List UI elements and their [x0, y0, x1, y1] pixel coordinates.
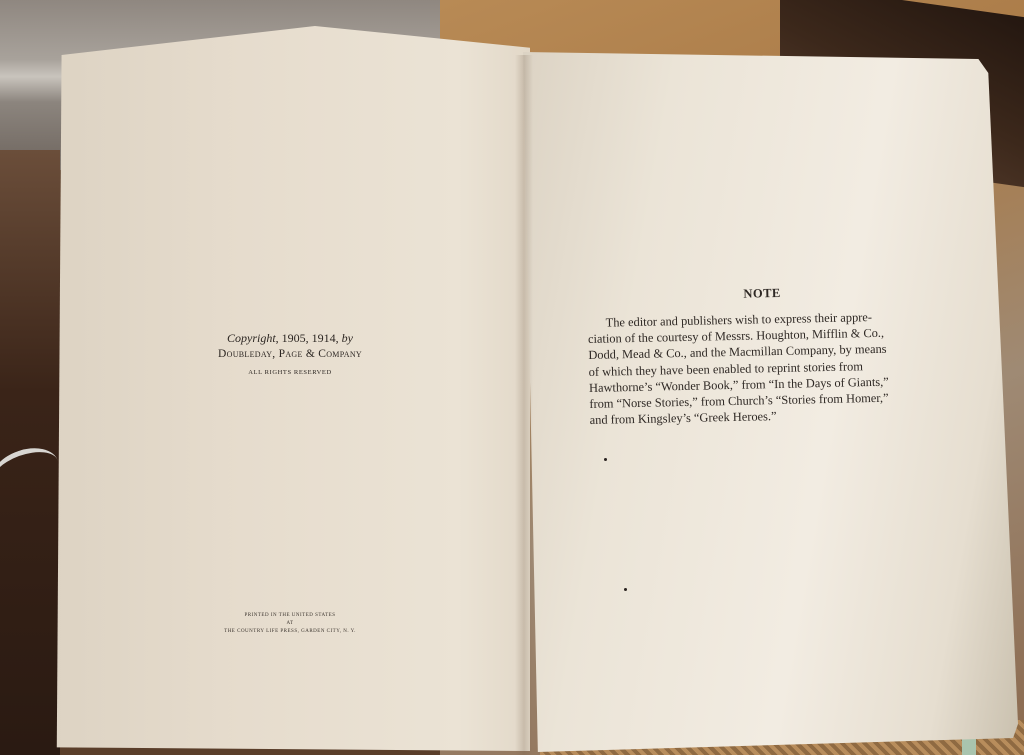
left-page [52, 26, 530, 751]
printed-line-3: The Country Life Press, Garden City, N. … [195, 628, 385, 636]
rights-reserved: All Rights Reserved [190, 369, 390, 376]
copyright-years: , 1905, 1914, [276, 331, 342, 345]
publisher-name: Doubleday, Page & Company [190, 346, 390, 362]
paper-speck [624, 588, 627, 591]
book-gutter [515, 55, 533, 755]
printed-line-1: Printed in the United States [195, 612, 385, 620]
copyright-notice: Copyright, 1905, 1914, by Doubleday, Pag… [190, 330, 390, 376]
copyright-word: Copyright [227, 331, 276, 345]
printer-imprint: Printed in the United States at The Coun… [195, 612, 385, 636]
copyright-line: Copyright, 1905, 1914, by [190, 330, 390, 346]
note-body: The editor and publishers wish to expres… [588, 308, 930, 429]
paper-speck [604, 458, 607, 461]
copyright-by: by [342, 331, 353, 345]
note-section: NOTE The editor and publishers wish to e… [587, 283, 930, 429]
printed-line-2: at [195, 620, 385, 628]
